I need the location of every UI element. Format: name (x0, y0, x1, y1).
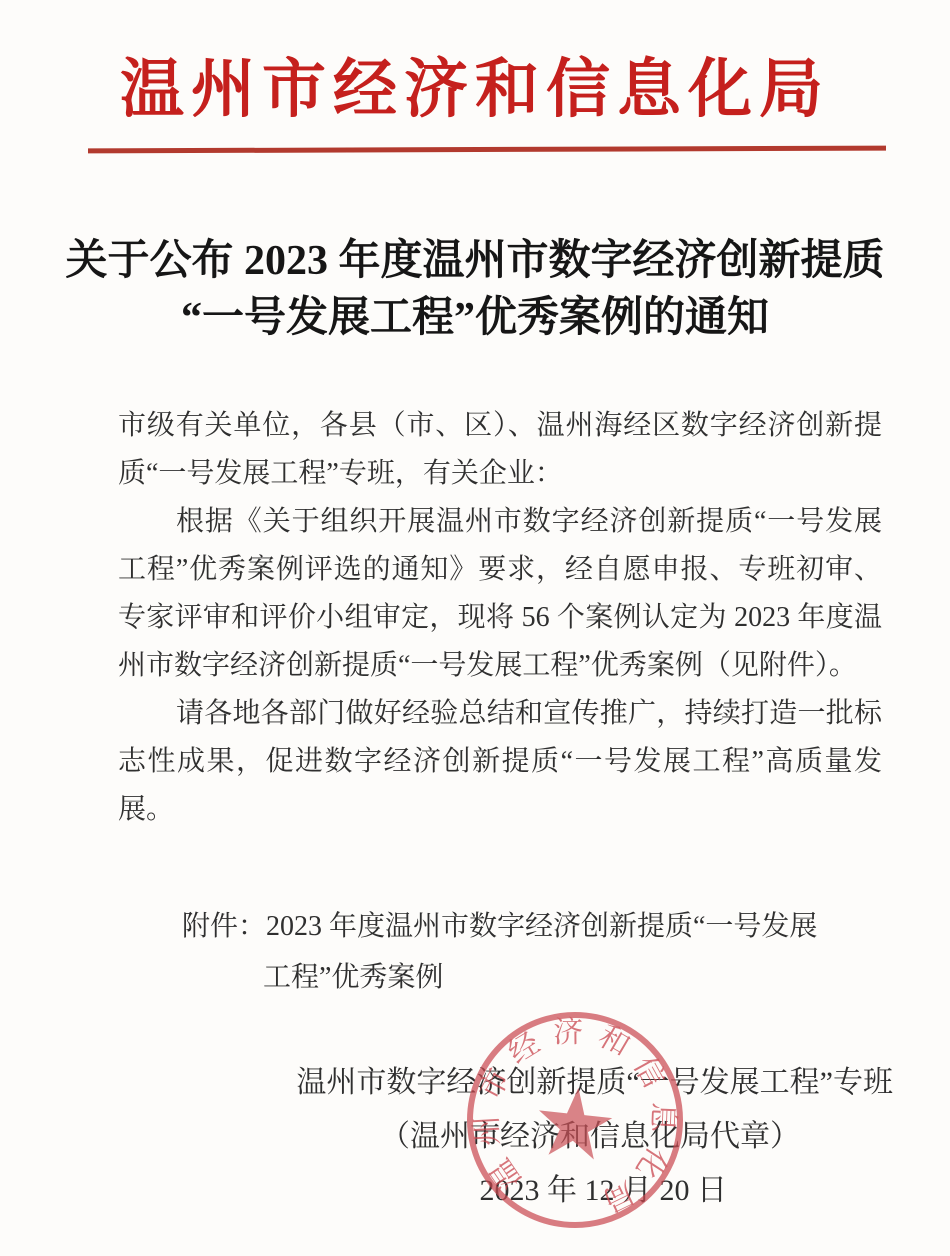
document-title-line1: 关于公布 2023 年度温州市数字经济创新提质 (40, 233, 910, 290)
body-line: 质“一号发展工程”专班，有关企业： (118, 450, 882, 498)
signature-block: 温州市数字经济创新提质“一号发展工程”专班 （温州市经济和信息化局代章） 202… (0, 1056, 950, 1218)
attachment-note: 附件：2023 年度温州市数字经济创新提质“一号发展 工程”优秀案例 (118, 901, 882, 1003)
body-line: 工程”优秀案例评选的通知》要求，经自愿申报、专班初审、 (118, 546, 882, 594)
attachment-line2: 工程”优秀案例 (263, 952, 882, 1003)
body-line: 根据《关于组织开展温州市数字经济创新提质“一号发展 (118, 498, 882, 546)
body-line: 市级有关单位，各县（市、区）、温州海经区数字经济创新提 (118, 402, 882, 450)
document-page: 温州市经济和信息化局 关于公布 2023 年度温州市数字经济创新提质 “一号发展… (0, 0, 950, 1256)
document-title-line2: “一号发展工程”优秀案例的通知 (40, 290, 910, 347)
body-line: 专家评审和评价小组审定，现将 56 个案例认定为 2023 年度温 (118, 594, 882, 642)
signature-org-line: 温州市数字经济创新提质“一号发展工程”专班 (0, 1056, 950, 1110)
document-body: 市级有关单位，各县（市、区）、温州海经区数字经济创新提 质“一号发展工程”专班，… (118, 402, 882, 834)
signature-date: 2023 年 12 月 20 日 (0, 1164, 950, 1218)
body-line: 展。 (118, 786, 882, 834)
red-divider-rule (88, 146, 886, 154)
document-title: 关于公布 2023 年度温州市数字经济创新提质 “一号发展工程”优秀案例的通知 (40, 233, 910, 347)
body-line: 州市数字经济创新提质“一号发展工程”优秀案例（见附件）。 (118, 642, 882, 690)
agency-header: 温州市经济和信息化局 (0, 38, 950, 130)
attachment-line1: 附件：2023 年度温州市数字经济创新提质“一号发展 (182, 901, 882, 952)
body-line: 请各地各部门做好经验总结和宣传推广，持续打造一批标 (118, 690, 882, 738)
body-line: 志性成果，促进数字经济创新提质“一号发展工程”高质量发 (118, 738, 882, 786)
signature-agency-line: （温州市经济和信息化局代章） (0, 1110, 950, 1164)
